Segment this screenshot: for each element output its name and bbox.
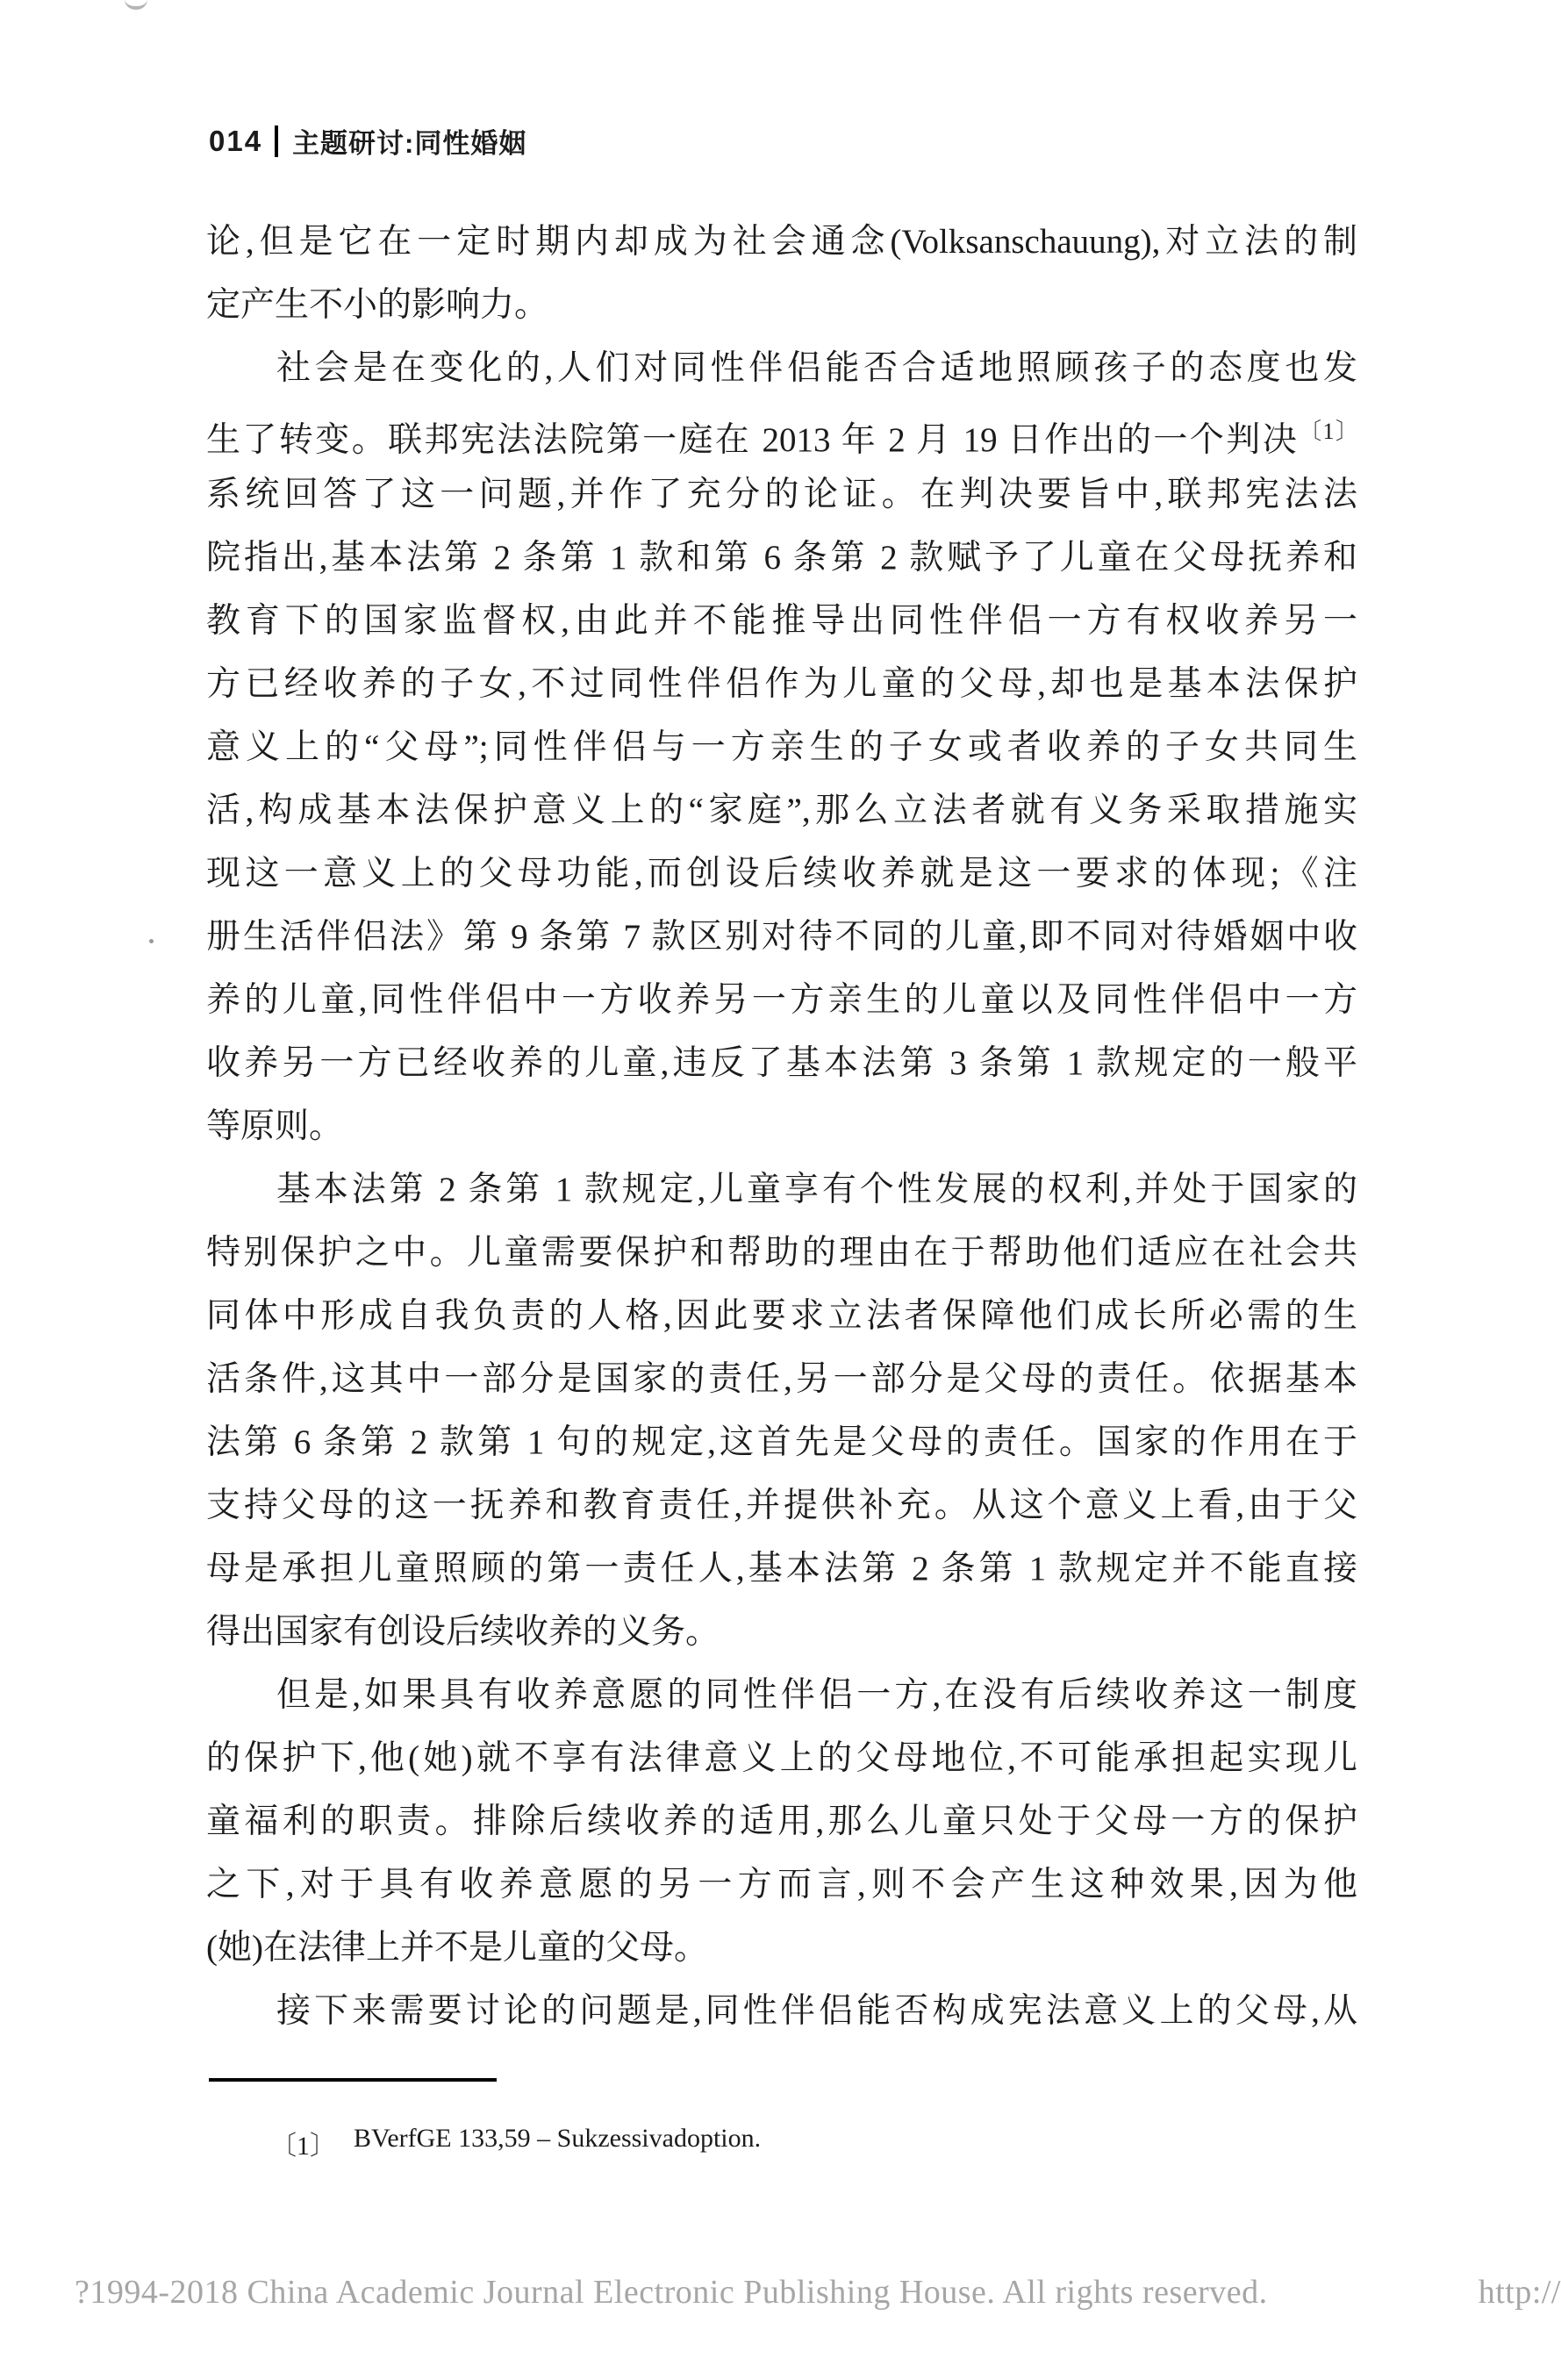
footnote-divider: [209, 2078, 497, 2082]
text-line: 收养另一方已经收养的儿童,违反了基本法第 3 条第 1 款规定的一般平: [206, 1032, 1357, 1095]
text-line: 定产生不小的影响力。: [206, 274, 1357, 337]
footer-url: http://: [1479, 2273, 1561, 2312]
text-line: 生了转变。联邦宪法法院第一庭在 2013 年 2 月 19 日作出的一个判决〔1…: [206, 400, 1357, 463]
text-line: 等原则。: [206, 1095, 1357, 1158]
text-line: 得出国家有创设后续收养的义务。: [206, 1601, 1357, 1664]
text-line: 社会是在变化的,人们对同性伴侣能否合适地照顾孩子的态度也发: [206, 337, 1357, 400]
text-line: 论,但是它在一定时期内却成为社会通念(Volksanschauung),对立法的…: [206, 211, 1357, 274]
text-line: 但是,如果具有收养意愿的同性伴侣一方,在没有后续收养这一制度: [206, 1664, 1357, 1727]
text-line: 母是承担儿童照顾的第一责任人,基本法第 2 条第 1 款规定并不能直接: [206, 1538, 1357, 1601]
watermark-footer: ?1994-2018 China Academic Journal Electr…: [75, 2273, 1561, 2312]
text-line: 意义上的“父母”;同性伴侣与一方亲生的子女或者收养的子女共同生: [206, 716, 1357, 779]
text-line: 方已经收养的子女,不过同性伴侣作为儿童的父母,却也是基本法保护: [206, 653, 1357, 716]
text-line: 童福利的职责。排除后续收养的适用,那么儿童只处于父母一方的保护: [206, 1790, 1357, 1853]
stray-dot-artifact: [149, 939, 154, 943]
scanned-document-page: 014 主题研讨:同性婚姻 论,但是它在一定时期内却成为社会通念(Volksan…: [0, 0, 1561, 2380]
text-line: 册生活伴侣法》第 9 条第 7 款区别对待不同的儿童,即不同对待婚姻中收: [206, 906, 1357, 969]
text-line: 接下来需要讨论的问题是,同性伴侣能否构成宪法意义上的父母,从: [206, 1980, 1357, 2043]
footnote-text: BVerfGE 133,59 – Sukzessivadoption.: [354, 2124, 761, 2162]
page-number: 014: [209, 125, 262, 158]
footer-copyright: ?1994-2018 China Academic Journal Electr…: [75, 2273, 1268, 2312]
text-line: 活条件,这其中一部分是国家的责任,另一部分是父母的责任。依据基本: [206, 1348, 1357, 1411]
text-line: 特别保护之中。儿童需要保护和帮助的理由在于帮助他们适应在社会共: [206, 1222, 1357, 1285]
text-line: 支持父母的这一抚养和教育责任,并提供补充。从这个意义上看,由于父: [206, 1474, 1357, 1538]
text-line: 基本法第 2 条第 1 款规定,儿童享有个性发展的权利,并处于国家的: [206, 1158, 1357, 1222]
page-header: 014 主题研讨:同性婚姻: [209, 121, 526, 161]
text-line: 养的儿童,同性伴侣中一方收养另一方亲生的儿童以及同性伴侣中一方: [206, 969, 1357, 1032]
footnote-marker: 〔1〕: [270, 2124, 336, 2162]
text-line: (她)在法律上并不是儿童的父母。: [206, 1917, 1357, 1980]
text-line: 院指出,基本法第 2 条第 1 款和第 6 条第 2 款赋予了儿童在父母抚养和: [206, 527, 1357, 590]
section-title: 主题研讨:同性婚姻: [292, 121, 526, 161]
text-line: 活,构成基本法保护意义上的“家庭”,那么立法者就有义务采取措施实: [206, 779, 1357, 842]
body-text: 论,但是它在一定时期内却成为社会通念(Volksanschauung),对立法的…: [206, 211, 1357, 2043]
text-line: 现这一意义上的父母功能,而创设后续收养就是这一要求的体现;《注: [206, 842, 1357, 906]
footnote-ref: 〔1〕: [1299, 419, 1357, 444]
header-divider: [275, 125, 278, 157]
text-line-content: 生了转变。联邦宪法法院第一庭在 2013 年 2 月 19 日作出的一个判决: [206, 421, 1299, 459]
text-line: 同体中形成自我负责的人格,因此要求立法者保障他们成长所必需的生: [206, 1285, 1357, 1348]
scan-artifact: [125, 0, 147, 10]
text-line: 教育下的国家监督权,由此并不能推导出同性伴侣一方有权收养另一: [206, 590, 1357, 653]
text-line: 的保护下,他(她)就不享有法律意义上的父母地位,不可能承担起实现儿: [206, 1727, 1357, 1790]
text-line: 之下,对于具有收养意愿的另一方而言,则不会产生这种效果,因为他: [206, 1853, 1357, 1917]
text-line: 系统回答了这一问题,并作了充分的论证。在判决要旨中,联邦宪法法: [206, 463, 1357, 527]
footnote: 〔1〕 BVerfGE 133,59 – Sukzessivadoption.: [270, 2124, 761, 2162]
text-line: 法第 6 条第 2 款第 1 句的规定,这首先是父母的责任。国家的作用在于: [206, 1411, 1357, 1474]
